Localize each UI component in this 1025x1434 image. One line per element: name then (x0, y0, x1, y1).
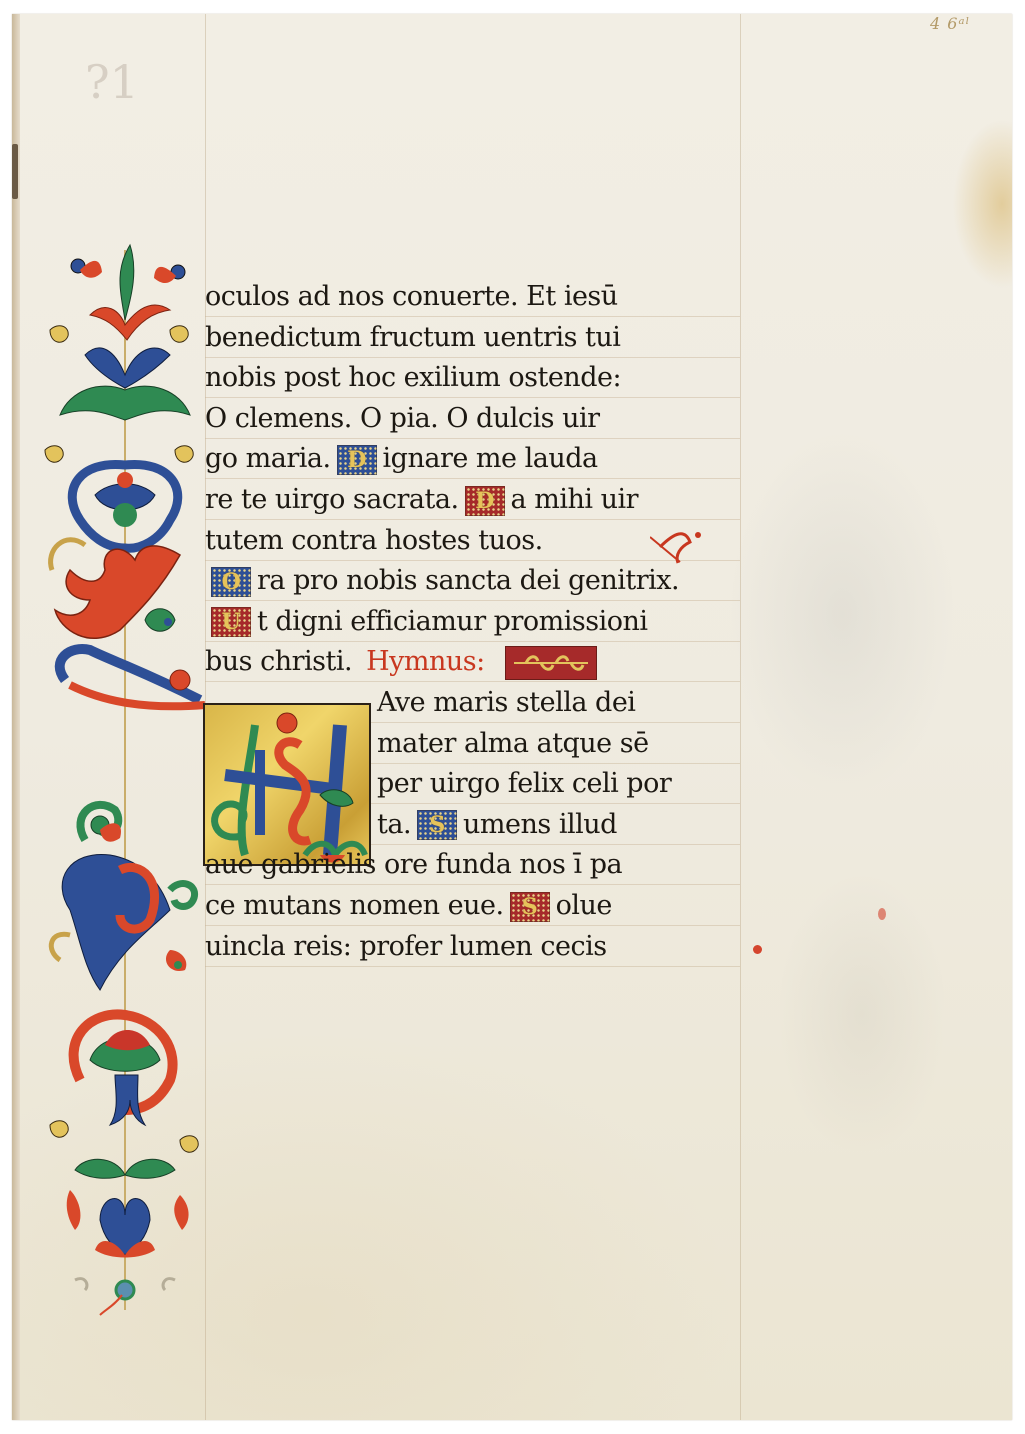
text-segment: Ave maris stella dei (377, 687, 635, 718)
text-segment: ra pro nobis sancta dei genitrix. (257, 565, 679, 596)
large-initial (203, 703, 371, 866)
ruling-line (205, 641, 740, 642)
text-line: per uirgo felix celi por (377, 767, 671, 801)
initial-letter: U (212, 608, 250, 636)
initial-letter: S (511, 893, 549, 921)
decorated-initial: O (211, 567, 251, 597)
text-segment: go maria. (205, 443, 331, 474)
text-segment: ce mutans nomen eue. (205, 890, 504, 921)
text-line: oculos ad nos conuerte. Et iesū (205, 280, 618, 314)
initial-letter: D (338, 446, 376, 474)
edge-stain (12, 144, 18, 199)
text-segment: olue (556, 890, 612, 921)
text-segment: t digni efficiamur promissioni (257, 606, 648, 637)
ruling-line (205, 397, 740, 398)
text-segment: aue gabrielis ore funda nos ī pa (205, 849, 622, 880)
decorated-initial: D (337, 445, 377, 475)
text-segment: a mihi uir (511, 484, 638, 515)
pigment-spot (878, 908, 886, 920)
text-line: Ora pro nobis sancta dei genitrix. (205, 564, 679, 598)
text-segment: per uirgo felix celi por (377, 768, 671, 799)
text-segment: mater alma atque sē (377, 728, 649, 759)
text-segment: umens illud (463, 809, 617, 840)
ruling-line (205, 357, 740, 358)
text-line: bus christi.Hymnus: (205, 645, 597, 679)
text-segment: tutem contra hostes tuos. (205, 525, 543, 556)
text-line: uincla reis: profer lumen cecis (205, 930, 607, 964)
initial-a-icon (205, 705, 371, 866)
initial-letter: S (418, 811, 456, 839)
ruling-line (205, 478, 740, 479)
text-line: go maria.Dignare me lauda (205, 442, 598, 476)
decorated-initial: U (211, 607, 251, 637)
text-segment: bus christi. (205, 646, 352, 677)
text-line: Ave maris stella dei (377, 686, 635, 720)
text-segment: ignare me lauda (383, 443, 598, 474)
leaf-edge (12, 14, 20, 1420)
text-line: mater alma atque sē (377, 727, 649, 761)
text-segment: oculos ad nos conuerte. Et iesū (205, 281, 618, 312)
text-segment: re te uirgo sacrata. (205, 484, 459, 515)
ruling-line (205, 600, 740, 601)
text-line: re te uirgo sacrata.Da mihi uir (205, 483, 638, 517)
pigment-dot (753, 945, 762, 954)
border-decoration (30, 230, 215, 1350)
ruling-line (205, 438, 740, 439)
ruling-line (205, 884, 740, 885)
ruling-line (205, 966, 740, 967)
decorated-initial: S (417, 810, 457, 840)
initial-letter: O (212, 568, 250, 596)
text-segment: ta. (377, 809, 411, 840)
ruling-line (205, 681, 740, 682)
offset-mark: ?1 (85, 55, 139, 109)
folio-number: 4 6ᵃˡ (930, 14, 970, 33)
text-line: tutem contra hostes tuos.℣ (205, 524, 575, 558)
rubric-text: Hymnus: (366, 646, 485, 677)
text-segment: O clemens. O pia. O dulcis uir (205, 403, 600, 434)
text-line: ta.Sumens illud (377, 808, 617, 842)
text-line: Ut digni efficiamur promissioni (205, 605, 648, 639)
ruling-line (205, 519, 740, 520)
ruling-line-right (740, 14, 741, 1420)
text-line: aue gabrielis ore funda nos ī pa (205, 848, 622, 882)
text-line: benedictum fructum uentris tui (205, 321, 620, 355)
text-line: ce mutans nomen eue.Solue (205, 889, 612, 923)
initial-letter: D (466, 487, 504, 515)
text-line: O clemens. O pia. O dulcis uir (205, 402, 600, 436)
ruling-line (205, 925, 740, 926)
ruling-line (205, 316, 740, 317)
text-line: nobis post hoc exilium ostende: (205, 361, 621, 395)
text-segment: nobis post hoc exilium ostende: (205, 362, 621, 393)
line-filler (505, 646, 597, 680)
decorated-initial: S (510, 892, 550, 922)
text-segment: benedictum fructum uentris tui (205, 322, 620, 353)
versicle-mark (650, 527, 740, 567)
decorated-initial: D (465, 486, 505, 516)
text-segment: uincla reis: profer lumen cecis (205, 931, 607, 962)
